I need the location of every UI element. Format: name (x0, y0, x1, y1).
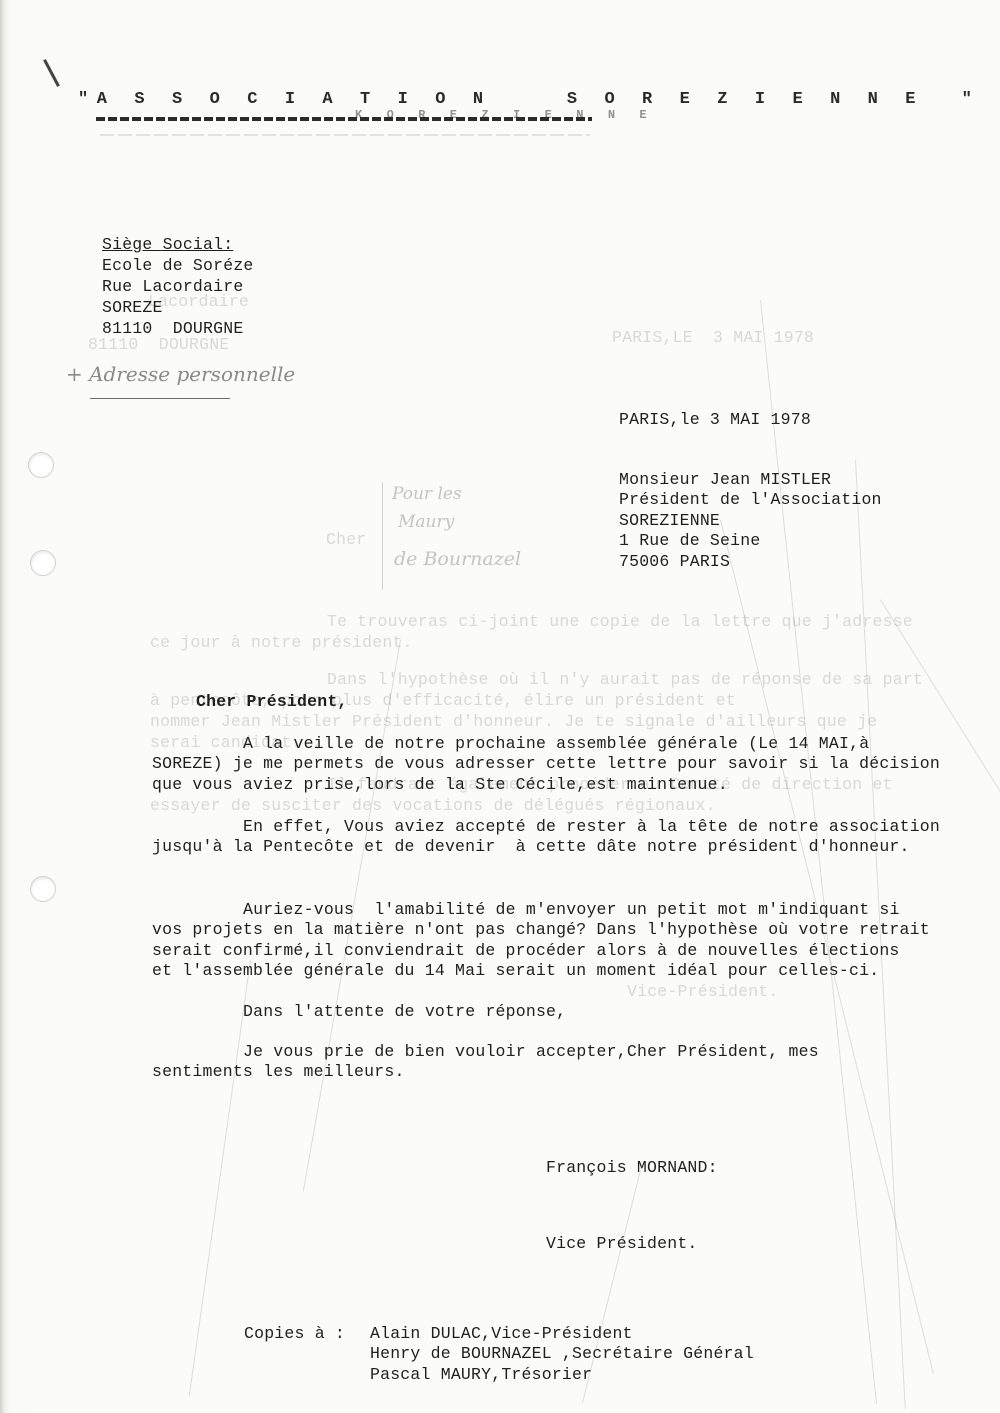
copies-label: Copies à : (244, 1324, 345, 1345)
body-line: En effet, Vous aviez accepté de rester à… (243, 817, 940, 838)
ghost-body-line: Vice-Président. (627, 982, 779, 1003)
letterhead-title: "A S S O C I A T I O N S O R E Z I E N N… (78, 90, 980, 109)
salutation: Cher Président, (196, 692, 348, 713)
letterhead-ghost-rule (100, 134, 590, 136)
copies-recipient: Alain DULAC,Vice-Président (370, 1324, 633, 1345)
margin-handwritten-line: de Bournazel (394, 548, 521, 570)
letterhead-rule (96, 117, 592, 121)
body-line: serait confirmé,il conviendrait de procé… (152, 941, 900, 962)
margin-handwritten-line: Maury (398, 512, 454, 532)
recipient-line: 1 Rue de Seine (619, 531, 760, 552)
handwritten-underline (90, 398, 230, 399)
body-line: Dans l'attente de votre réponse, (243, 1002, 566, 1023)
sender-ghost-line: Lacordaire (148, 292, 249, 313)
signature-name: François MORNAND: (546, 1158, 718, 1179)
ghost-body-line: ce jour à notre président. (150, 633, 413, 654)
sender-label: Siège Social: (102, 235, 233, 256)
recipient-line: SOREZIENNE (619, 511, 720, 532)
recipient-line: Monsieur Jean MISTLER (619, 470, 831, 491)
recipient-line: 75006 PARIS (619, 552, 730, 573)
punch-hole-icon (30, 550, 56, 576)
sender-line: Ecole de Soréze (102, 256, 254, 277)
punch-hole-icon (28, 452, 54, 478)
paper-crease (582, 1170, 641, 1403)
ghost-date: PARIS,LE 3 MAI 1978 (612, 328, 814, 349)
body-line: jusqu'à la Pentecôte et de devenir à cet… (152, 837, 910, 858)
body-line: et l'assemblée générale du 14 Mai serait… (152, 961, 879, 982)
body-line: SOREZE) je me permets de vous adresser c… (152, 754, 940, 775)
handwritten-note: + Adresse personnelle (66, 362, 295, 386)
body-line: Auriez-vous l'amabilité de m'envoyer un … (243, 900, 900, 921)
ghost-word: Cher (326, 530, 366, 551)
ghost-body-line: Dans l'hypothèse où il n'y aurait pas de… (327, 670, 923, 691)
paper-crease (189, 960, 251, 1396)
ghost-body-line: Te trouveras ci-joint une copie de la le… (327, 612, 913, 633)
copies-recipient: Henry de BOURNAZEL ,Secrétaire Général (370, 1344, 754, 1365)
margin-bracket (382, 482, 383, 590)
ghost-body-line: essayer de susciter des vocations de dél… (150, 796, 716, 817)
sender-line: SOREZE (102, 298, 163, 319)
letter-date: PARIS,le 3 MAI 1978 (619, 410, 811, 431)
sender-ghost-line: 81110 DOURGNE (88, 335, 229, 356)
body-line: que vous aviez prise,lors de la Ste Céci… (152, 775, 728, 796)
body-line: sentiments les meilleurs. (152, 1062, 405, 1083)
copies-recipient: Pascal MAURY,Trésorier (370, 1365, 592, 1386)
letter-page: "A S S O C I A T I O N S O R E Z I E N N… (0, 0, 1000, 1413)
punch-hole-icon (30, 876, 56, 902)
recipient-line: Président de l'Association (619, 490, 882, 511)
body-line: vos projets en la matière n'ont pas chan… (152, 920, 930, 941)
margin-handwritten-line: Pour les (392, 484, 462, 504)
staple-icon (43, 59, 60, 87)
